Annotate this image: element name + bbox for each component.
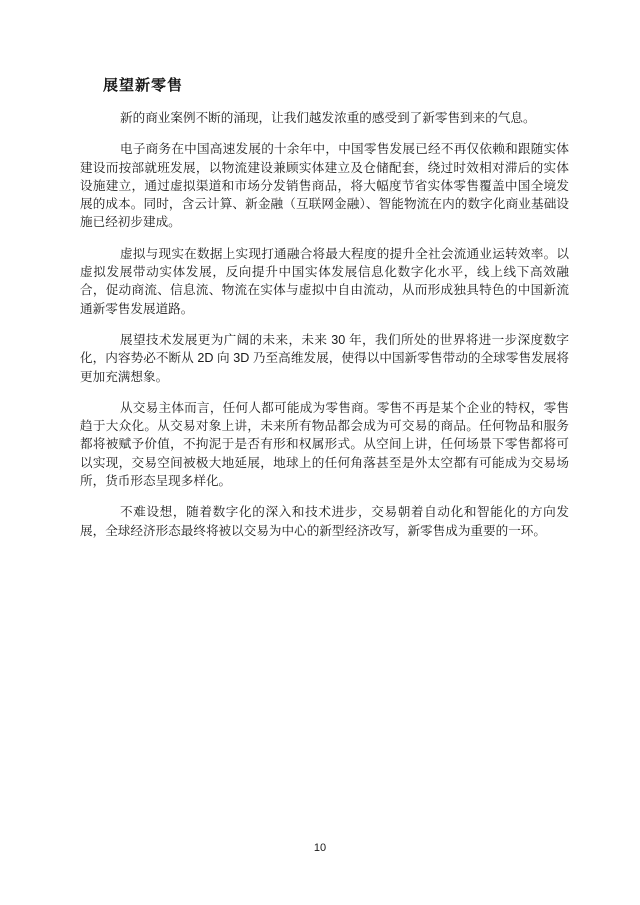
paragraph: 电子商务在中国高速发展的十余年中，中国零售发展已经不再仅依赖和跟随实体建设而按部… [80, 140, 569, 231]
document-content: 展望新零售 新的商业案例不断的涌现，让我们越发浓重的感受到了新零售到来的气息。 … [80, 76, 569, 540]
paragraph: 虚拟与现实在数据上实现打通融合将最大程度的提升全社会流通业运转效率。以虚拟发展带… [80, 245, 569, 318]
section-heading: 展望新零售 [103, 76, 569, 95]
paragraph: 新的商业案例不断的涌现，让我们越发浓重的感受到了新零售到来的气息。 [80, 109, 569, 127]
page-number: 10 [0, 841, 640, 855]
paragraph: 从交易主体而言，任何人都可能成为零售商。零售不再是某个企业的特权，零售趋于大众化… [80, 399, 569, 490]
paragraph: 展望技术发展更为广阔的未来，未来 30 年，我们所处的世界将进一步深度数字化，内… [80, 331, 569, 386]
paragraph: 不难设想，随着数字化的深入和技术进步，交易朝着自动化和智能化的方向发展，全球经济… [80, 503, 569, 540]
document-page: 展望新零售 新的商业案例不断的涌现，让我们越发浓重的感受到了新零售到来的气息。 … [0, 0, 640, 905]
